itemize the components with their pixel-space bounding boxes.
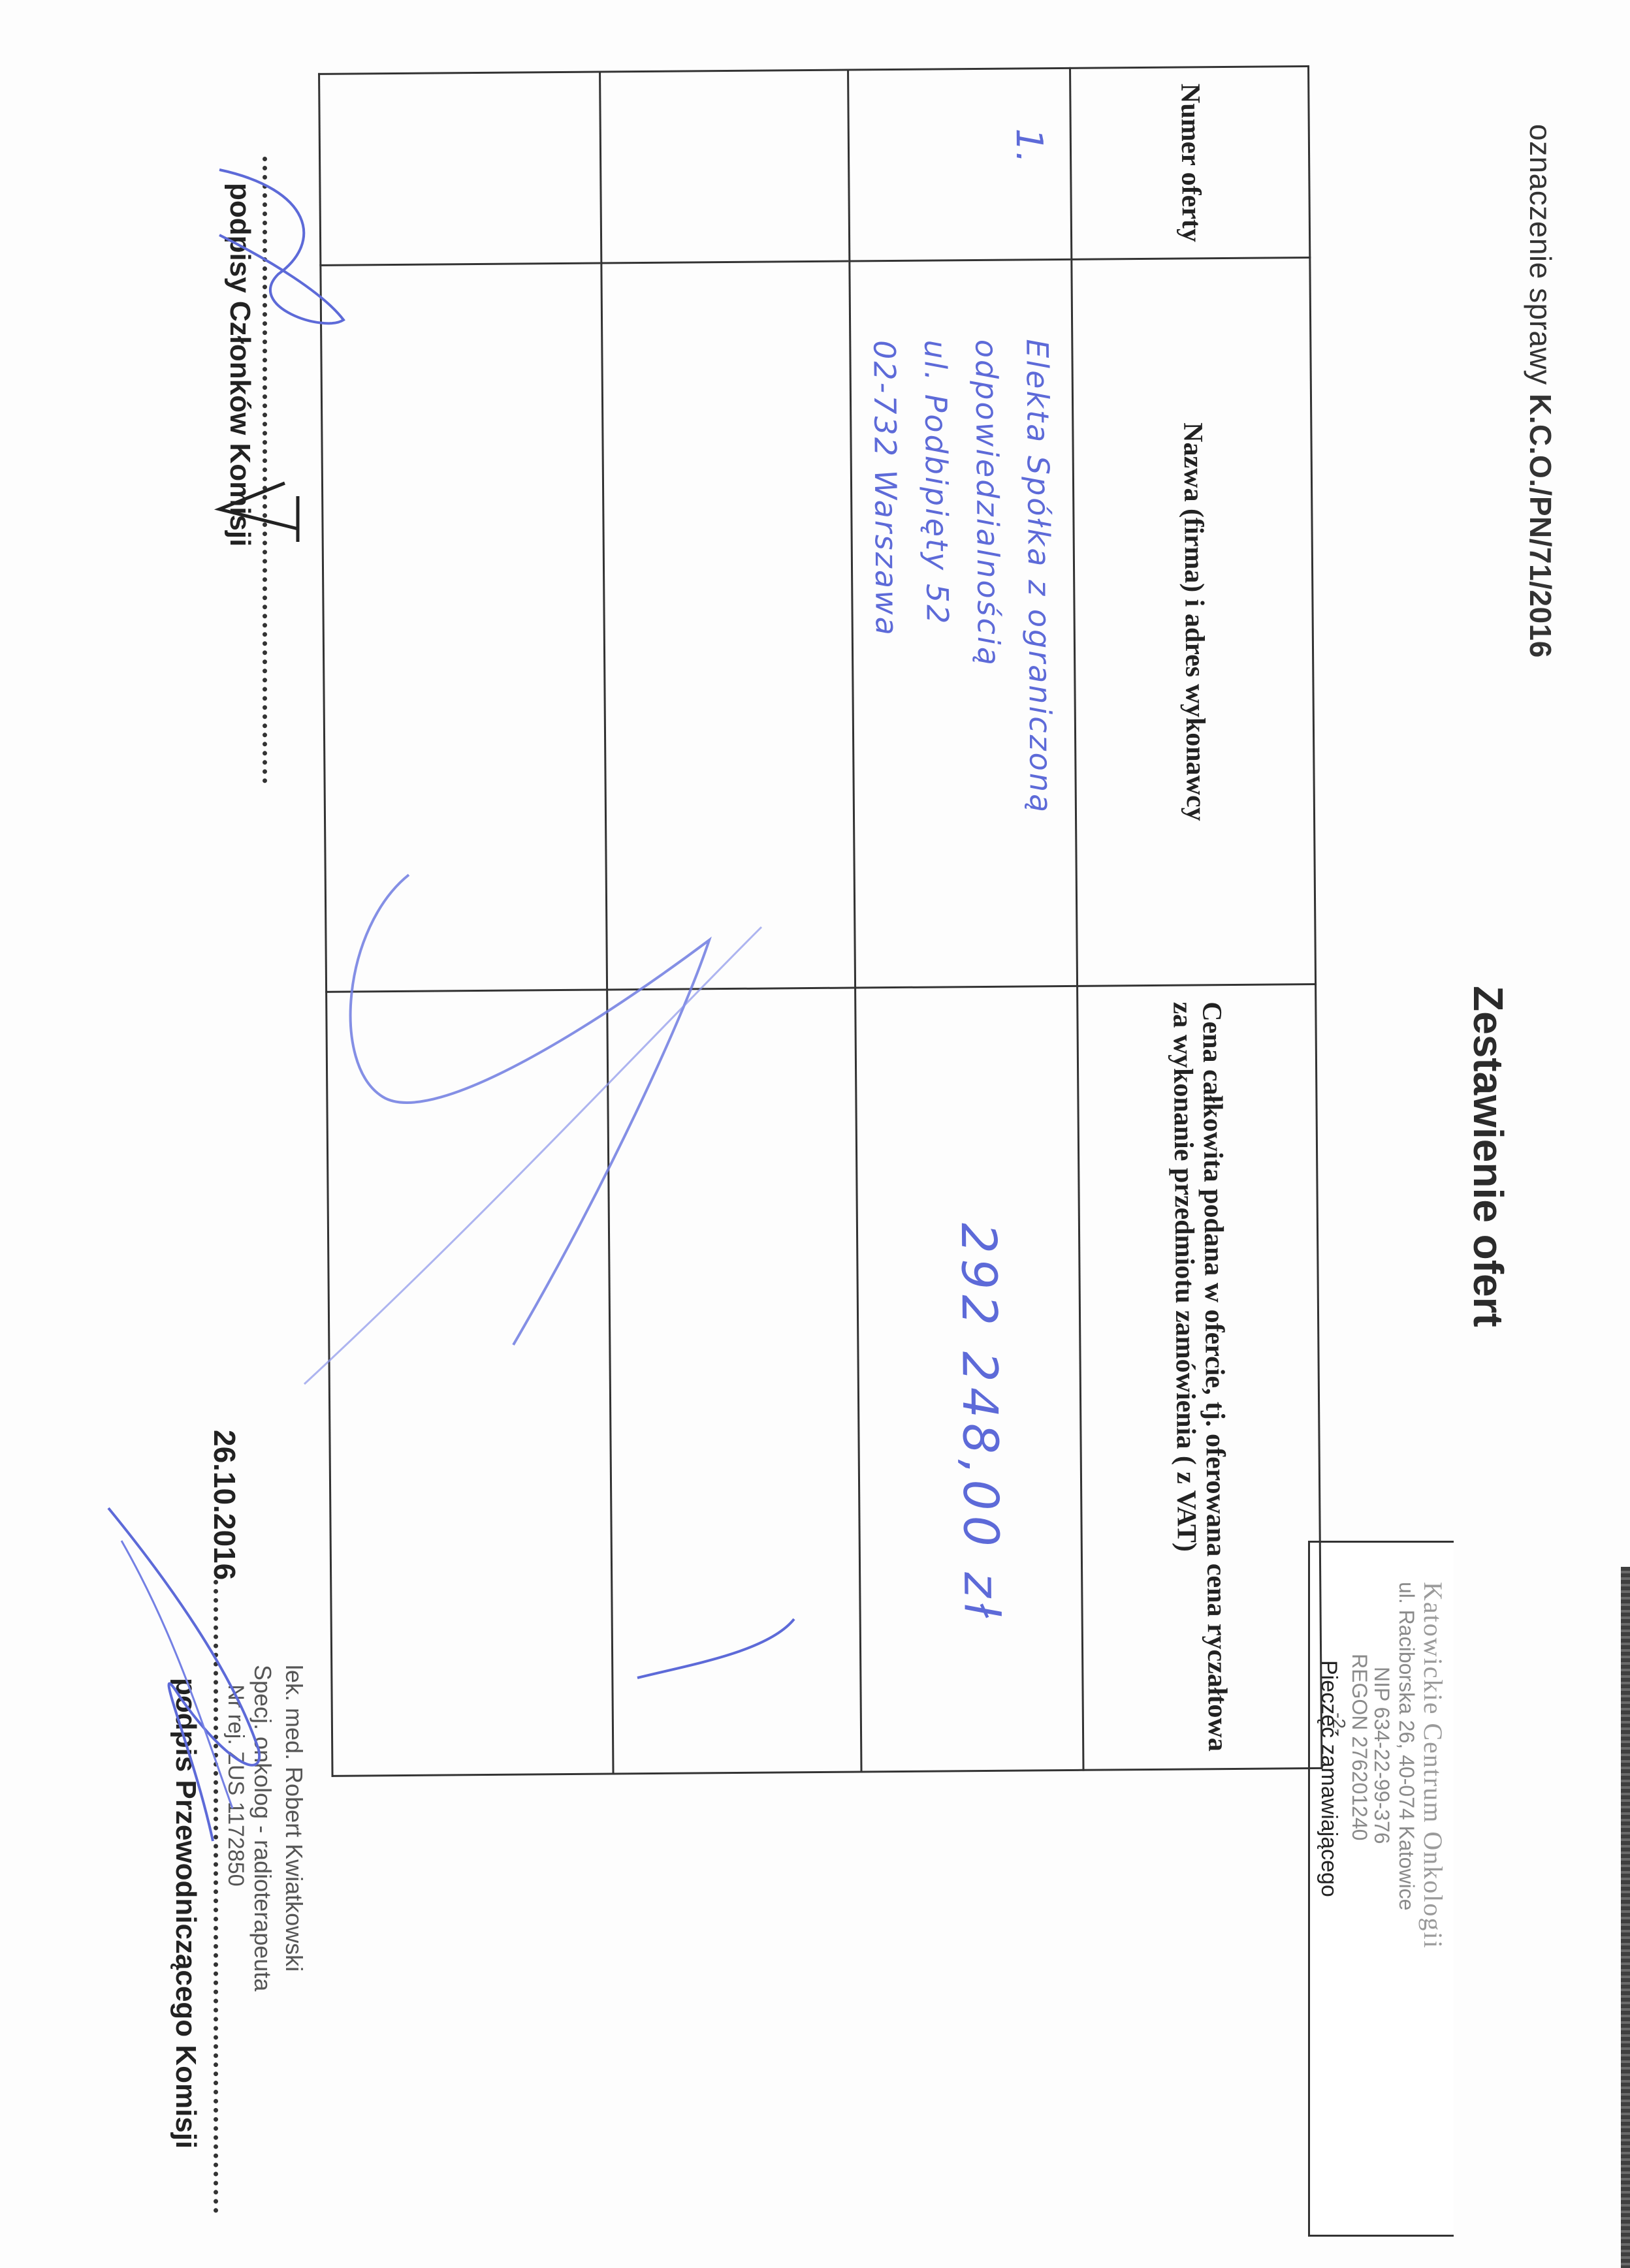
chair-signature-line: Nr rej. ZUS 1172850	[214, 1580, 219, 2213]
contractor-line: 02-732 Warszawa	[859, 262, 916, 987]
table-header-row: Numer oferty Nazwa (firma) i adres wykon…	[1070, 67, 1322, 1771]
contractor-cell	[321, 263, 607, 992]
orderer-stamp-box: Katowickie Centrum Onkologii ul. Racibor…	[1308, 1541, 1454, 2237]
scanned-page: oznaczenie sprawy K.C.O./PN/71/2016 Zest…	[0, 0, 1630, 2268]
offer-number-cell	[319, 72, 601, 265]
members-signature-block: podpisy Członków Komisji	[223, 157, 268, 796]
contractor-cell: Elekta Spółka z ograniczoną odpowiedzial…	[850, 259, 1078, 988]
price-cell	[607, 988, 861, 1774]
chair-signature-block: lek. med. Robert Kwiatkowski Specj. onko…	[169, 1430, 242, 2213]
case-number: K.C.O./PN/71/2016	[1524, 394, 1558, 658]
chair-signature-label: podpis Przewodniczącego Komisji	[169, 1430, 202, 2213]
chair-stamp-specialization: Specj. onkolog - radioterapeuta	[249, 1665, 276, 1991]
offer-number-cell: 1.	[848, 68, 1072, 261]
chair-date-line: 26.10.2016 Nr rej. ZUS 1172850	[207, 1430, 242, 2213]
offer-number: 1.	[1008, 128, 1050, 163]
contractor-line: Elekta Spółka z ograniczoną	[1012, 260, 1068, 986]
contractor-line: odpowiedzialnością	[961, 261, 1017, 986]
offer-price: 292 248,00 zł	[950, 1223, 1010, 1622]
offers-table: Numer oferty Nazwa (firma) i adres wykon…	[318, 65, 1322, 1777]
offer-number-cell	[600, 70, 850, 263]
header-price: Cena całkowita podana w ofercie, tj. ofe…	[1078, 984, 1322, 1770]
chair-registration-number: Nr rej. ZUS 1172850	[223, 1684, 248, 1886]
stamp-nip: NIP 634-22-99-376	[1369, 1667, 1394, 1844]
members-signature-label: podpisy Członków Komisji	[223, 157, 256, 796]
stamp-regon: REGON 276201240	[1347, 1654, 1371, 1840]
table-row	[319, 72, 613, 1776]
stamp-organization: Katowickie Centrum Onkologii	[1418, 1582, 1448, 1949]
contractor-cell	[601, 261, 855, 990]
price-cell: 292 248,00 zł	[855, 986, 1083, 1772]
header-contractor: Nazwa (firma) i adres wykonawcy	[1072, 258, 1316, 986]
chair-date: 26.10.2016	[207, 1430, 242, 1580]
chair-stamp-name: lek. med. Robert Kwiatkowski	[280, 1665, 308, 1972]
table-row	[600, 70, 861, 1774]
case-reference: oznaczenie sprawy K.C.O./PN/71/2016	[1523, 124, 1558, 658]
contractor-line: ul. Podbipięty 52	[910, 261, 967, 986]
header-offer-number: Numer oferty	[1070, 67, 1310, 260]
table-row: 1. Elekta Spółka z ograniczoną odpowiedz…	[848, 68, 1083, 1772]
stamp-address: ul. Raciborska 26, 40-074 Katowice	[1394, 1582, 1418, 1910]
case-label: oznaczenie sprawy	[1524, 124, 1558, 385]
scanner-edge-artifact	[1621, 1567, 1630, 2268]
page-title: Zestawienie ofert	[1464, 986, 1512, 1327]
price-cell	[327, 990, 613, 1776]
members-signature-line	[263, 157, 268, 783]
